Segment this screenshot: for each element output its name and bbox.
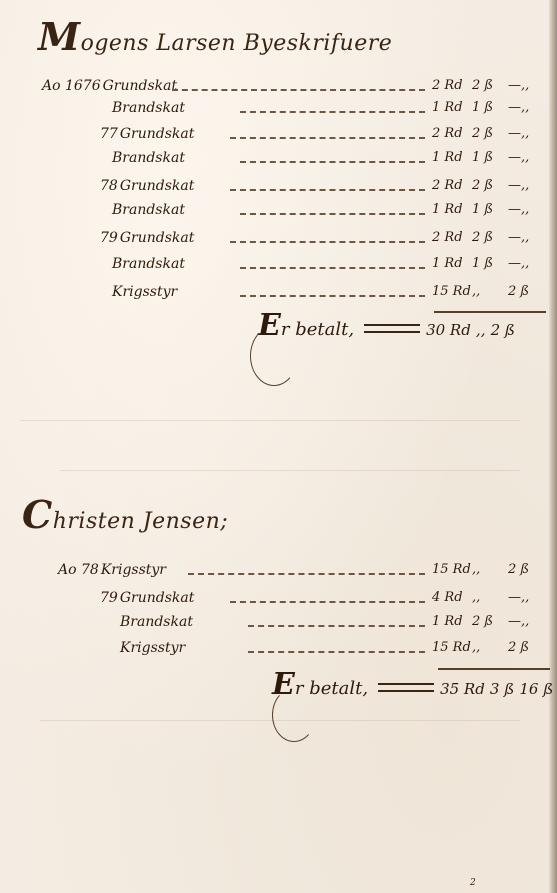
entry-label: Krigsstyr — [110, 284, 177, 300]
heading-initial: M — [38, 14, 81, 59]
dotted-leader — [240, 161, 425, 163]
entry-year: Ao 1676 — [42, 78, 101, 94]
entry-amount: 1 Rd1 ß—,, — [432, 150, 547, 165]
entry-amount: 2 Rd2 ß—,, — [432, 126, 547, 141]
entry-tax-type: Brandskat — [112, 202, 185, 218]
amount-skilling: —,, — [508, 78, 538, 93]
entry-label: Brandskat — [118, 614, 193, 630]
entry-label: 78Grundskat — [100, 178, 194, 194]
amount-skilling: —,, — [508, 230, 538, 245]
amount-skilling: —,, — [508, 100, 538, 115]
entry-amount: 15 Rd,,2 ß — [432, 640, 547, 655]
amount-mark: 1 ß — [472, 256, 508, 271]
entry-label: Ao 78Krigsstyr — [58, 562, 166, 578]
entry-amount: 1 Rd1 ß—,, — [432, 202, 547, 217]
heading-text: hristen Jensen; — [53, 509, 228, 534]
entry-amount: 2 Rd2 ß—,, — [432, 230, 547, 245]
entry-tax-type: Grundskat — [120, 230, 195, 246]
flourish-loop — [250, 326, 298, 386]
entry-amount: 1 Rd1 ß—,, — [432, 100, 547, 115]
heading-initial: C — [22, 492, 53, 537]
ledger-row: 79Grundskat2 Rd2 ß—,, — [0, 230, 549, 252]
amount-skilling: 2 ß — [508, 640, 538, 655]
entry-tax-type: Brandskat — [112, 100, 185, 116]
entry-label: 77Grundskat — [100, 126, 194, 142]
entry-tax-type: Brandskat — [112, 256, 185, 272]
ledger-row: Brandskat1 Rd1 ß—,, — [0, 256, 549, 278]
total-sk: 16 ß — [519, 680, 553, 698]
entry-year: 77 — [100, 126, 118, 142]
total-rd: 35 Rd — [440, 680, 485, 698]
amount-mark: 1 ß — [472, 100, 508, 115]
dotted-leader — [240, 213, 425, 215]
amount-skilling: —,, — [508, 202, 538, 217]
entry-label: 79Grundskat — [100, 230, 194, 246]
entry-label: Ao 1676Grundskat — [42, 78, 177, 94]
amount-mark: ,, — [472, 562, 508, 577]
amount-rigsdaler: 15 Rd — [432, 640, 472, 655]
amount-skilling: 2 ß — [508, 284, 538, 299]
entry-label: Brandskat — [110, 150, 185, 166]
entry-tax-type: Krigsstyr — [120, 640, 185, 656]
entry-label: 79Grundskat — [100, 590, 194, 606]
ledger-row: 78Grundskat2 Rd2 ß—,, — [0, 178, 549, 200]
section1-heading: Mogens Larsen Byeskrifuere — [38, 14, 392, 59]
amount-rigsdaler: 4 Rd — [432, 590, 472, 605]
amount-skilling: —,, — [508, 256, 538, 271]
bleed-through-line — [20, 420, 520, 421]
entry-tax-type: Grundskat — [120, 178, 195, 194]
amount-rigsdaler: 2 Rd — [432, 230, 472, 245]
dotted-leader — [240, 295, 425, 297]
dotted-leader — [230, 601, 425, 603]
amount-mark: ,, — [472, 640, 508, 655]
flourish-loop — [272, 688, 316, 742]
entry-tax-type: Grundskat — [103, 78, 178, 94]
entry-label: Brandskat — [110, 100, 185, 116]
dotted-leader — [248, 625, 425, 627]
amount-mark: 1 ß — [472, 202, 508, 217]
amount-rigsdaler: 15 Rd — [432, 562, 472, 577]
entry-tax-type: Brandskat — [120, 614, 193, 630]
dotted-leader — [240, 111, 425, 113]
total-mk: 3 ß — [490, 680, 514, 698]
equals-sign — [364, 324, 420, 333]
amount-skilling: —,, — [508, 126, 538, 141]
amount-rigsdaler: 1 Rd — [432, 150, 472, 165]
dotted-leader — [240, 267, 425, 269]
entry-amount: 2 Rd2 ß—,, — [432, 178, 547, 193]
entry-tax-type: Grundskat — [120, 590, 195, 606]
amount-rigsdaler: 1 Rd — [432, 614, 472, 629]
entry-label: Krigsstyr — [118, 640, 185, 656]
ledger-row: Brandskat1 Rd1 ß—,, — [0, 150, 549, 172]
amount-mark: 2 ß — [472, 126, 508, 141]
dotted-leader — [230, 241, 425, 243]
dotted-leader — [230, 189, 425, 191]
ledger-row: 79Grundskat4 Rd,,—,, — [0, 590, 549, 612]
entry-label: Brandskat — [110, 202, 185, 218]
entry-tax-type: Krigsstyr — [101, 562, 166, 578]
amount-skilling: —,, — [508, 178, 538, 193]
amount-rigsdaler: 1 Rd — [432, 100, 472, 115]
amount-skilling: —,, — [508, 590, 538, 605]
amount-mark: 1 ß — [472, 150, 508, 165]
amount-rigsdaler: 15 Rd — [432, 284, 472, 299]
page-binding-edge — [549, 0, 557, 893]
section1-total: Er betalt,30 Rd ,, 2 ß — [258, 308, 515, 343]
dotted-leader — [188, 573, 425, 575]
dotted-leader — [230, 137, 425, 139]
entry-year: 79 — [100, 230, 118, 246]
amount-skilling: —,, — [508, 614, 538, 629]
entry-amount: 4 Rd,,—,, — [432, 590, 547, 605]
entry-year: Ao 78 — [58, 562, 99, 578]
bleed-through-line — [60, 470, 520, 471]
entry-tax-type: Krigsstyr — [112, 284, 177, 300]
ledger-row: Krigsstyr15 Rd,,2 ß — [0, 284, 549, 306]
amount-mark: ,, — [472, 590, 508, 605]
entry-tax-type: Grundskat — [120, 126, 195, 142]
amount-mark: 2 ß — [472, 614, 508, 629]
amount-skilling: 2 ß — [508, 562, 538, 577]
entry-amount: 1 Rd2 ß—,, — [432, 614, 547, 629]
ledger-row: Brandskat1 Rd2 ß—,, — [0, 614, 549, 636]
total-sk: 2 ß — [491, 321, 515, 339]
section2-heading: Christen Jensen; — [22, 492, 228, 537]
entry-label: Brandskat — [110, 256, 185, 272]
ledger-row: Brandskat1 Rd1 ß—,, — [0, 202, 549, 224]
dotted-leader — [172, 89, 425, 91]
page-mark: 2 — [470, 878, 476, 888]
amount-mark: ,, — [472, 284, 508, 299]
amount-rigsdaler: 1 Rd — [432, 256, 472, 271]
entry-amount: 2 Rd2 ß—,, — [432, 78, 547, 93]
dotted-leader — [248, 651, 425, 653]
total-rd: 30 Rd — [426, 321, 471, 339]
amount-rigsdaler: 2 Rd — [432, 126, 472, 141]
ledger-row: Ao 1676Grundskat2 Rd2 ß—,, — [0, 78, 549, 100]
amount-mark: 2 ß — [472, 178, 508, 193]
ledger-row: Ao 78Krigsstyr15 Rd,,2 ß — [0, 562, 549, 584]
entry-year: 78 — [100, 178, 118, 194]
amount-skilling: —,, — [508, 150, 538, 165]
amount-mark: 2 ß — [472, 230, 508, 245]
heading-text: ogens Larsen Byeskrifuere — [81, 31, 393, 56]
ledger-row: Krigsstyr15 Rd,,2 ß — [0, 640, 549, 662]
amount-mark: 2 ß — [472, 78, 508, 93]
entry-year: 79 — [100, 590, 118, 606]
amount-rigsdaler: 2 Rd — [432, 78, 472, 93]
section2-total: Er betalt,35 Rd 3 ß 16 ß — [272, 667, 553, 702]
entry-amount: 15 Rd,,2 ß — [432, 284, 547, 299]
ledger-row: Brandskat1 Rd1 ß—,, — [0, 100, 549, 122]
entry-amount: 15 Rd,,2 ß — [432, 562, 547, 577]
entry-amount: 1 Rd1 ß—,, — [432, 256, 547, 271]
amount-rigsdaler: 1 Rd — [432, 202, 472, 217]
amount-rigsdaler: 2 Rd — [432, 178, 472, 193]
entry-tax-type: Brandskat — [112, 150, 185, 166]
ledger-row: 77Grundskat2 Rd2 ß—,, — [0, 126, 549, 148]
equals-sign — [378, 683, 434, 692]
total-mk: ,, — [476, 321, 486, 339]
